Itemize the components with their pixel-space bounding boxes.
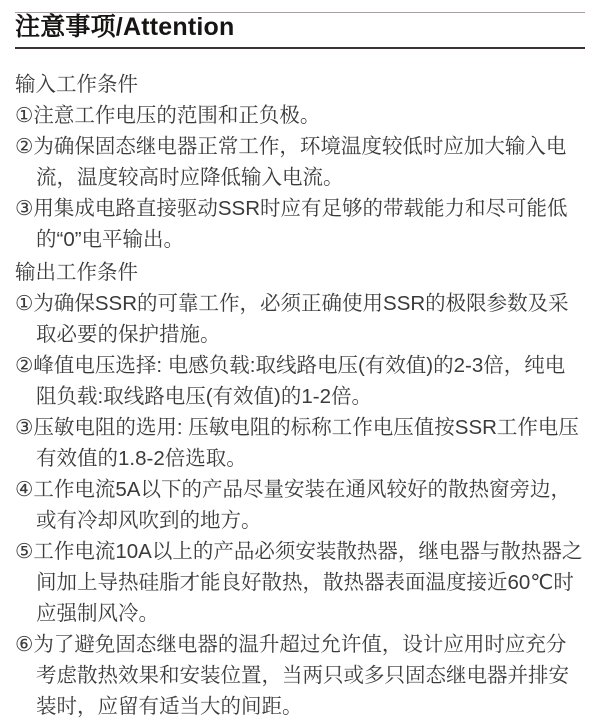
section-heading-output: 输出工作条件 [15,257,585,288]
attention-item-input-3: ③用集成电路直接驱动SSR时应有足够的带载能力和尽可能低的“0”电平输出。 [15,193,585,255]
attention-item-input-1: ①注意工作电压的范围和正负极。 [15,100,585,131]
attention-item-output-1: ①为确保SSR的可靠工作，必须正确使用SSR的极限参数及采取必要的保护措施。 [15,288,585,350]
attention-document: 注意事项/Attention 输入工作条件 ①注意工作电压的范围和正负极。 ②为… [0,0,600,727]
page-title: 注意事项/Attention [15,12,585,49]
attention-item-output-6: ⑥为了避免固态继电器的温升超过允许值，设计应用时应充分考虑散热效果和安装位置，当… [15,629,585,722]
attention-item-input-2: ②为确保固态继电器正常工作，环境温度较低时应加大输入电流，温度较高时应降低输入电… [15,131,585,193]
section-output-conditions: 输出工作条件 ①为确保SSR的可靠工作，必须正确使用SSR的极限参数及采取必要的… [15,257,585,722]
attention-item-output-3: ③压敏电阻的选用: 压敏电阻的标称工作电压值按SSR工作电压有效值的1.8-2倍… [15,412,585,474]
section-input-conditions: 输入工作条件 ①注意工作电压的范围和正负极。 ②为确保固态继电器正常工作，环境温… [15,69,585,255]
attention-item-output-5: ⑤工作电流10A以上的产品必须安装散热器，继电器与散热器之间加上导热硅脂才能良好… [15,536,585,629]
attention-item-output-2: ②峰值电压选择: 电感负载:取线路电压(有效值)的2-3倍，纯电阻负载:取线路电… [15,350,585,412]
section-heading-input: 输入工作条件 [15,69,585,100]
attention-item-output-4: ④工作电流5A以下的产品尽量安装在通风较好的散热窗旁边，或有冷却风吹到的地方。 [15,474,585,536]
